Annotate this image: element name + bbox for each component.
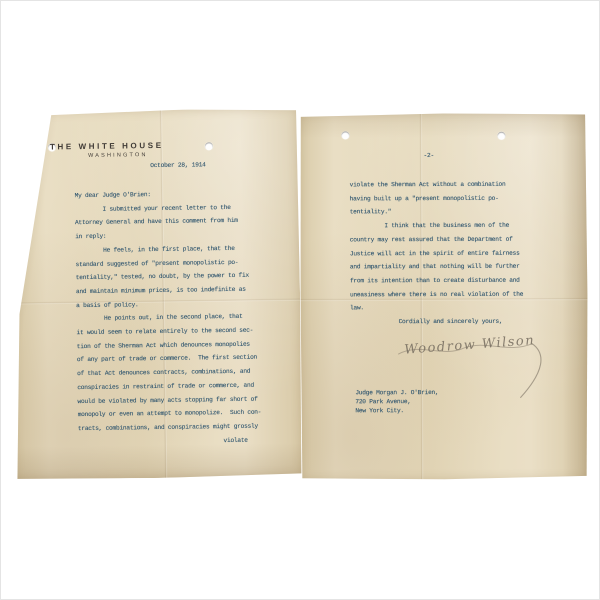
typed-line: and maintain minimum prices, is too inde… [76, 282, 260, 298]
letterhead-title: THE WHITE HOUSE [50, 141, 164, 152]
typed-line: New York City. [355, 406, 438, 415]
typed-line: Judge Morgan J. O'Brien, [355, 388, 438, 397]
page2-body: violate the Sherman Act without a combin… [350, 178, 524, 329]
recipient-address: Judge Morgan J. O'Brien,720 Park Avenue,… [355, 388, 438, 416]
letterhead-subtitle: WASHINGTON [88, 152, 164, 159]
photo-background: THE WHITE HOUSE WASHINGTON October 28, 1… [0, 0, 600, 600]
typed-line: violate the Sherman Act without a combin… [350, 178, 523, 192]
typed-line: violate [78, 433, 262, 449]
letter-page-2: -2- violate the Sherman Act without a co… [299, 111, 588, 480]
typed-line: from its intention than to create distur… [350, 274, 523, 288]
typed-line: uneasiness where there is no real violat… [350, 287, 523, 301]
typed-line: Justice will act in the spirit of entire… [350, 246, 523, 260]
typed-line: law. [350, 301, 523, 315]
typed-line: having built up a "present monopolistic … [350, 191, 523, 205]
typed-line: and impartiality and that nothing will b… [350, 260, 523, 274]
page-number: -2- [423, 152, 433, 159]
date-line: October 28, 1914 [150, 161, 206, 169]
letterhead: THE WHITE HOUSE WASHINGTON [50, 141, 164, 160]
page1-body: My dear Judge O'Brien: I submitted your … [75, 187, 262, 450]
typed-line: 720 Park Avenue, [355, 397, 438, 406]
typed-line: tentiality." [350, 205, 523, 219]
punch-hole [205, 142, 213, 150]
typed-line: Attorney General and have this comment f… [75, 214, 259, 230]
letter-page-1: THE WHITE HOUSE WASHINGTON October 28, 1… [9, 108, 302, 480]
typed-line: I think that the business men of the [350, 219, 523, 233]
punch-hole [497, 132, 505, 140]
punch-hole [341, 131, 349, 139]
typed-line: country may rest assured that the Depart… [350, 233, 523, 247]
